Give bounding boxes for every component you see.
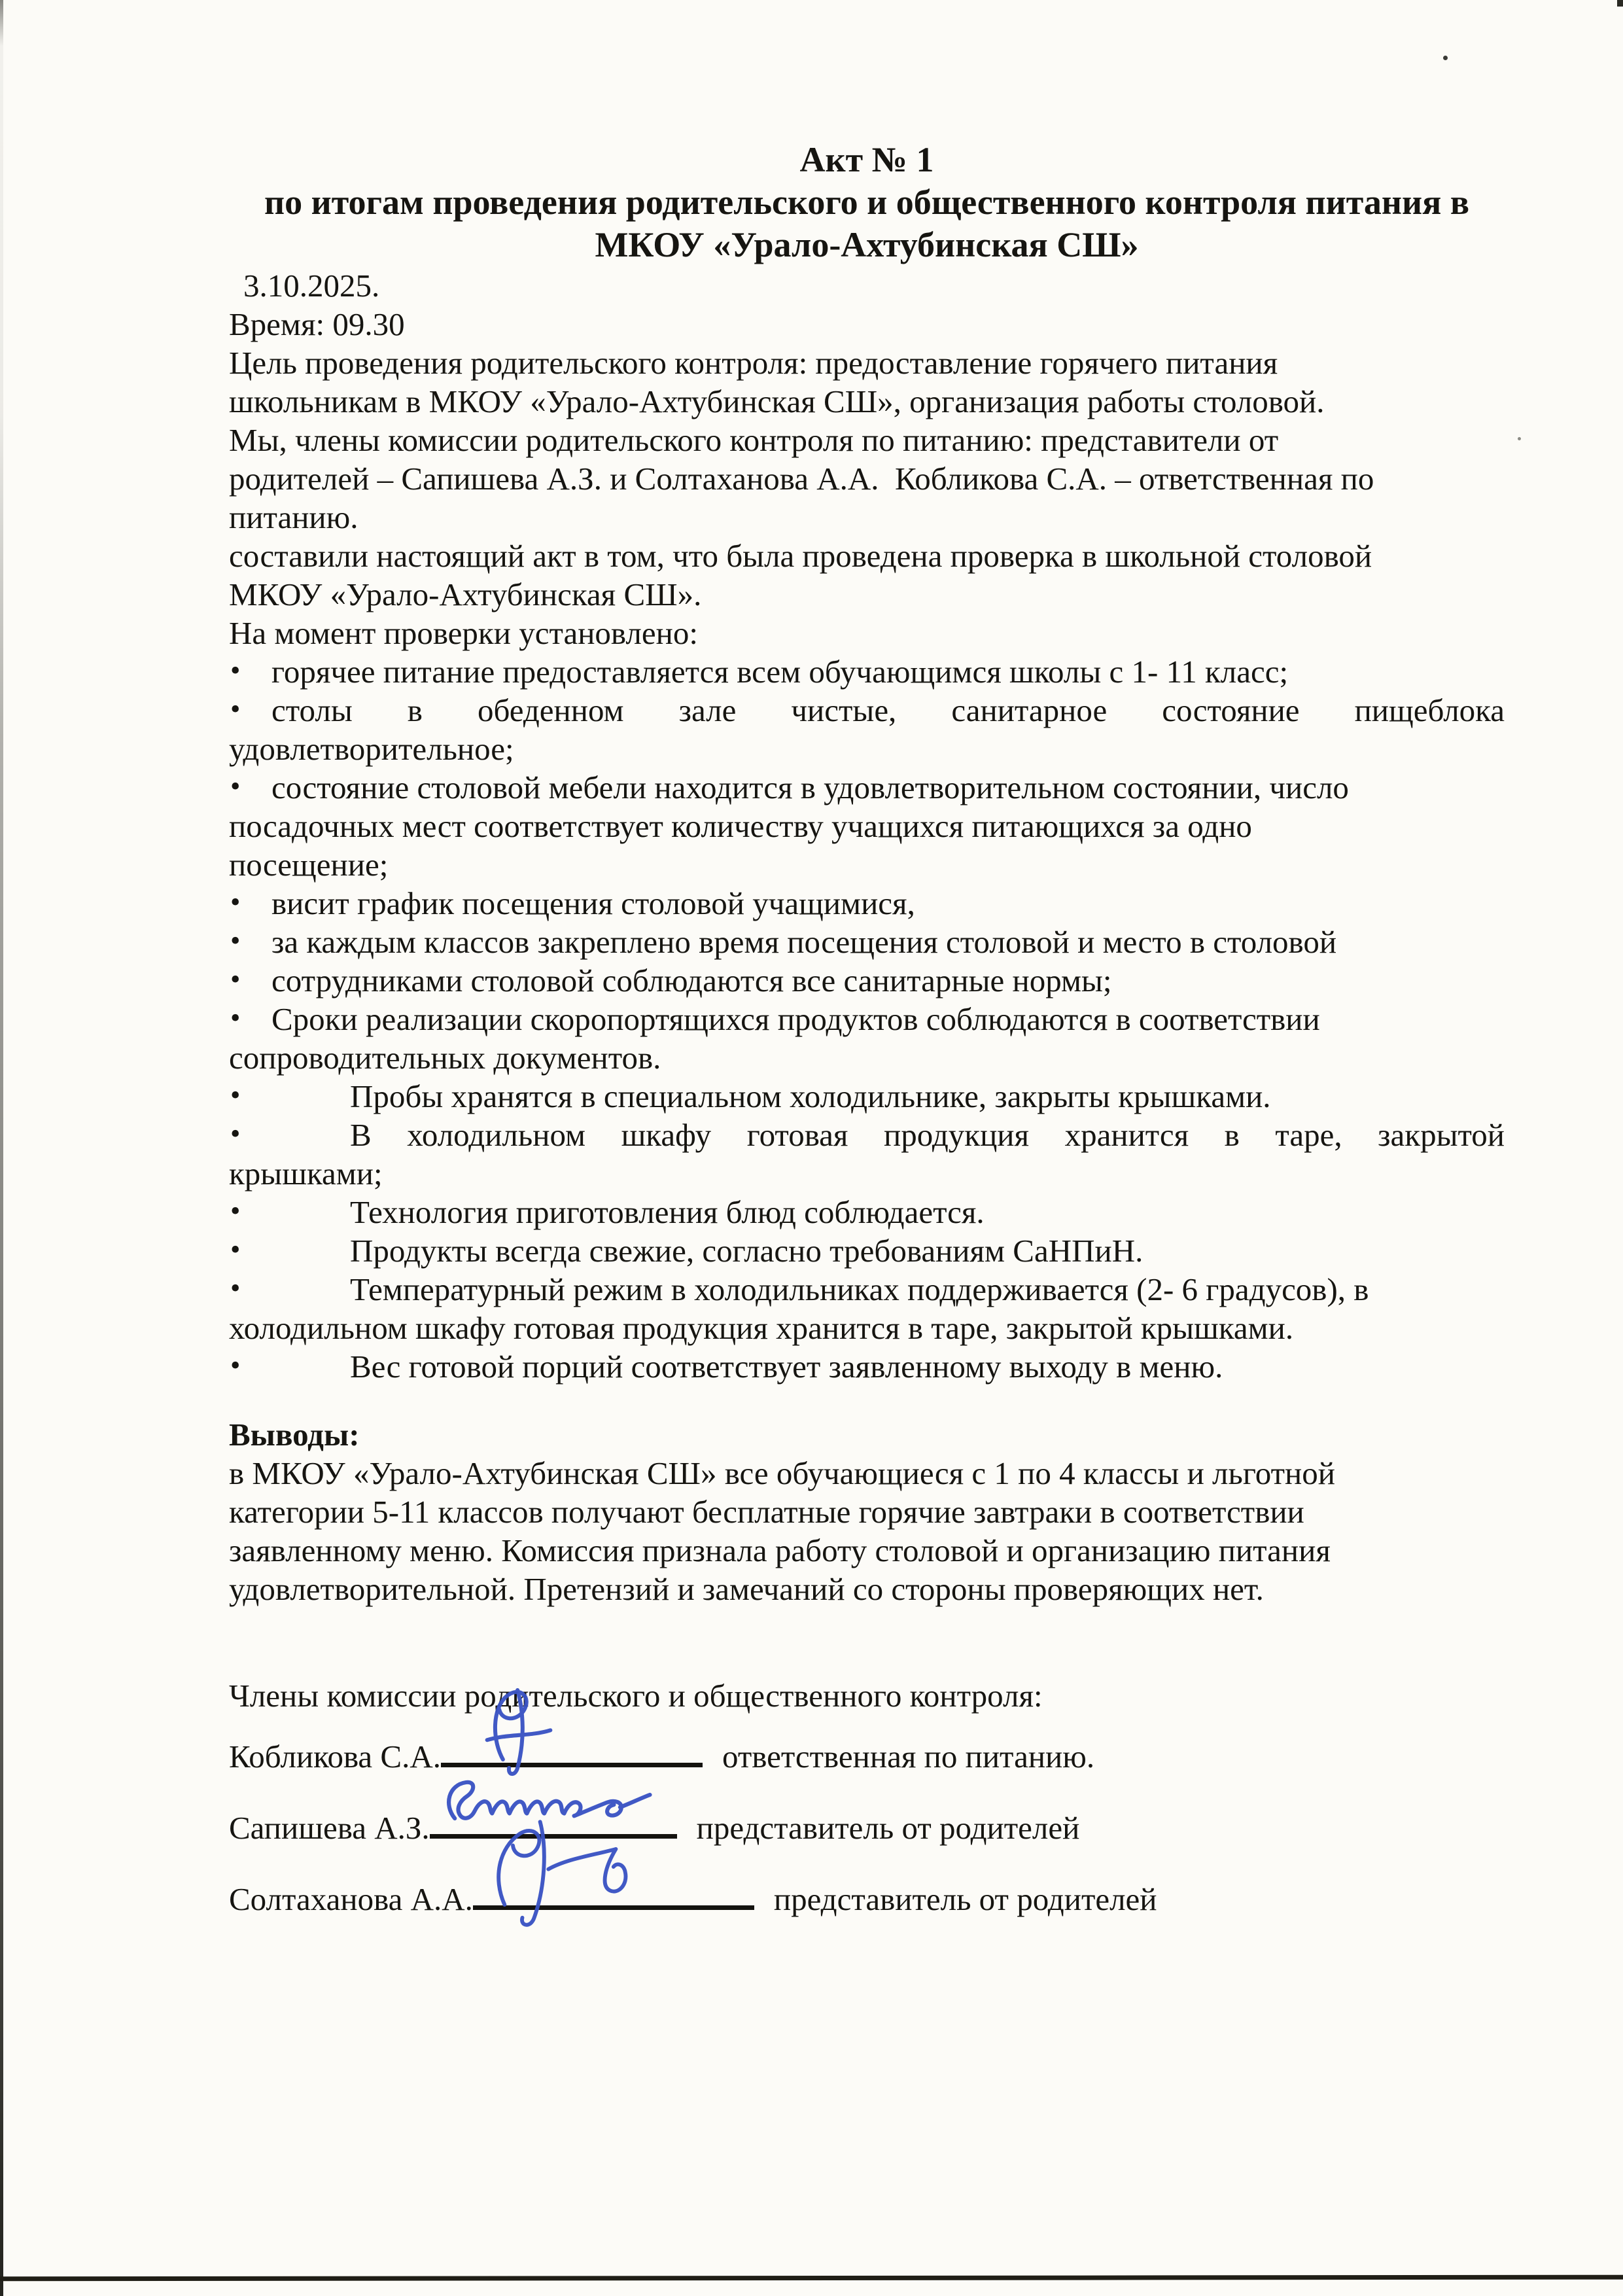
text-line: •состояние столовой мебели находится в у… xyxy=(229,768,1505,807)
text-line: категории 5-11 классов получают бесплатн… xyxy=(229,1492,1505,1531)
text-line: На момент проверки установлено: xyxy=(229,614,1505,652)
text-line: посадочных мест соответствует количеству… xyxy=(229,807,1505,845)
text-line: •Технология приготовления блюд соблюдает… xyxy=(229,1193,1505,1231)
bullet-marker: • xyxy=(230,1346,240,1385)
text-line: питанию. xyxy=(229,498,1505,537)
scan-left-edge-artifact xyxy=(0,0,3,2296)
text-line: Выводы: xyxy=(229,1415,1505,1454)
bullet-text: состояние столовой мебели находится в уд… xyxy=(271,768,1505,807)
text-line: в МКОУ «Урало-Ахтубинская СШ» все обучаю… xyxy=(229,1454,1505,1492)
bullet-marker: • xyxy=(230,690,240,728)
handwritten-signature-icon xyxy=(477,1811,673,1935)
text-line: •висит график посещения столовой учащими… xyxy=(229,884,1505,923)
title-line-1: Акт № 1 xyxy=(229,139,1505,181)
bullet-text: столы в обеденном зале чистые, санитарно… xyxy=(271,691,1505,730)
scanned-document-page: Акт № 1 по итогам проведения родительско… xyxy=(0,0,1623,2296)
text-line: Время: 09.30 xyxy=(229,305,1505,344)
scan-bottom-edge-artifact xyxy=(0,2275,1623,2282)
text-line: составили настоящий акт в том, что была … xyxy=(229,537,1505,575)
bullet-text: Сроки реализации скоропортящихся продукт… xyxy=(271,1000,1505,1038)
signature-block: Кобликова С.А. ответственная по питанию.… xyxy=(229,1737,1505,1919)
signature-row-koblikova: Кобликова С.А. ответственная по питанию. xyxy=(229,1737,1505,1776)
document-body: 3.10.2025.Время: 09.30Цель проведения ро… xyxy=(229,266,1505,1715)
text-line: •за каждым классов закреплено время посе… xyxy=(229,923,1505,961)
bullet-marker: • xyxy=(230,767,240,805)
title-line-2: по итогам проведения родительского и общ… xyxy=(229,181,1505,224)
signatory-role: представитель от родителей xyxy=(697,1810,1080,1846)
bullet-marker: • xyxy=(230,1269,240,1307)
text-line: •Продукты всегда свежие, согласно требов… xyxy=(229,1231,1505,1270)
text-line: школьникам в МКОУ «Урало-Ахтубинская СШ»… xyxy=(229,382,1505,421)
bullet-marker: • xyxy=(230,960,240,998)
text-line: сопроводительных документов. xyxy=(229,1038,1505,1077)
bullet-text: Температурный режим в холодильниках подд… xyxy=(350,1270,1505,1309)
text-line: удовлетворительное; xyxy=(229,730,1505,768)
text-line: холодильном шкафу готовая продукция хран… xyxy=(229,1309,1505,1347)
signatory-role: ответственная по питанию. xyxy=(722,1739,1094,1775)
document-content: Акт № 1 по итогам проведения родительско… xyxy=(229,139,1505,1919)
bullet-marker: • xyxy=(230,921,240,960)
bullet-text: Технология приготовления блюд соблюдаетс… xyxy=(350,1193,1505,1231)
signatory-name: Сапишева А.З. xyxy=(229,1810,430,1846)
signature-line xyxy=(441,1763,703,1767)
text-line: заявленному меню. Комиссия признала рабо… xyxy=(229,1531,1505,1570)
text-line: •Пробы хранятся в специальном холодильни… xyxy=(229,1077,1505,1116)
document-title: Акт № 1 по итогам проведения родительско… xyxy=(229,139,1505,266)
text-line: Мы, члены комиссии родительского контрол… xyxy=(229,421,1505,459)
bullet-marker: • xyxy=(230,1192,240,1230)
text-line: •Температурный режим в холодильниках под… xyxy=(229,1270,1505,1309)
text-line: родителей – Сапишева А.З. и Солтаханова … xyxy=(229,459,1505,498)
text-line: •В холодильном шкафу готовая продукция х… xyxy=(229,1116,1505,1154)
bullet-text: горячее питание предоставляется всем обу… xyxy=(271,652,1505,691)
scan-speck xyxy=(1443,56,1448,60)
text-line: посещение; xyxy=(229,845,1505,884)
title-line-3: МКОУ «Урало-Ахтубинская СШ» xyxy=(229,224,1505,266)
text-line: •Вес готовой порций соответствует заявле… xyxy=(229,1347,1505,1386)
line-gap xyxy=(229,1386,1505,1415)
text-line: •столы в обеденном зале чистые, санитарн… xyxy=(229,691,1505,730)
bullet-text: сотрудниками столовой соблюдаются все са… xyxy=(271,961,1505,1000)
bullet-text: за каждым классов закреплено время посещ… xyxy=(271,923,1505,961)
line-gap xyxy=(229,1608,1505,1676)
bullet-text: Вес готовой порций соответствует заявлен… xyxy=(350,1347,1505,1386)
bullet-marker: • xyxy=(230,1230,240,1269)
signature-line xyxy=(473,1905,754,1910)
text-line: удовлетворительной. Претензий и замечани… xyxy=(229,1570,1505,1608)
text-line: Цель проведения родительского контроля: … xyxy=(229,344,1505,382)
text-line: крышками; xyxy=(229,1154,1505,1193)
bullet-marker: • xyxy=(230,883,240,921)
bullet-marker: • xyxy=(230,998,240,1037)
bullet-text: В холодильном шкафу готовая продукция хр… xyxy=(350,1116,1505,1154)
signature-row-soltakhanova: Солтаханова А.А. представитель от родите… xyxy=(229,1880,1505,1919)
bullet-text: висит график посещения столовой учащимис… xyxy=(271,884,1505,923)
text-line: •Сроки реализации скоропортящихся продук… xyxy=(229,1000,1505,1038)
signature-row-sapisheva: Сапишева А.З. представитель от родителей xyxy=(229,1809,1505,1848)
text-line: •горячее питание предоставляется всем об… xyxy=(229,652,1505,691)
text-line: 3.10.2025. xyxy=(229,266,1505,305)
text-line: Члены комиссии родительского и обществен… xyxy=(229,1676,1505,1715)
bullet-marker: • xyxy=(230,651,240,690)
text-line: МКОУ «Урало-Ахтубинская СШ». xyxy=(229,575,1505,614)
bullet-marker: • xyxy=(230,1114,240,1153)
signatory-name: Солтаханова А.А. xyxy=(229,1881,473,1917)
scan-speck xyxy=(1518,437,1521,440)
signatory-role: представитель от родителей xyxy=(774,1881,1157,1917)
signatory-name: Кобликова С.А. xyxy=(229,1739,441,1775)
bullet-text: Пробы хранятся в специальном холодильник… xyxy=(350,1077,1505,1116)
scan-speck xyxy=(1617,0,1623,7)
text-line: •сотрудниками столовой соблюдаются все с… xyxy=(229,961,1505,1000)
bullet-marker: • xyxy=(230,1076,240,1114)
bullet-text: Продукты всегда свежие, согласно требова… xyxy=(350,1231,1505,1270)
